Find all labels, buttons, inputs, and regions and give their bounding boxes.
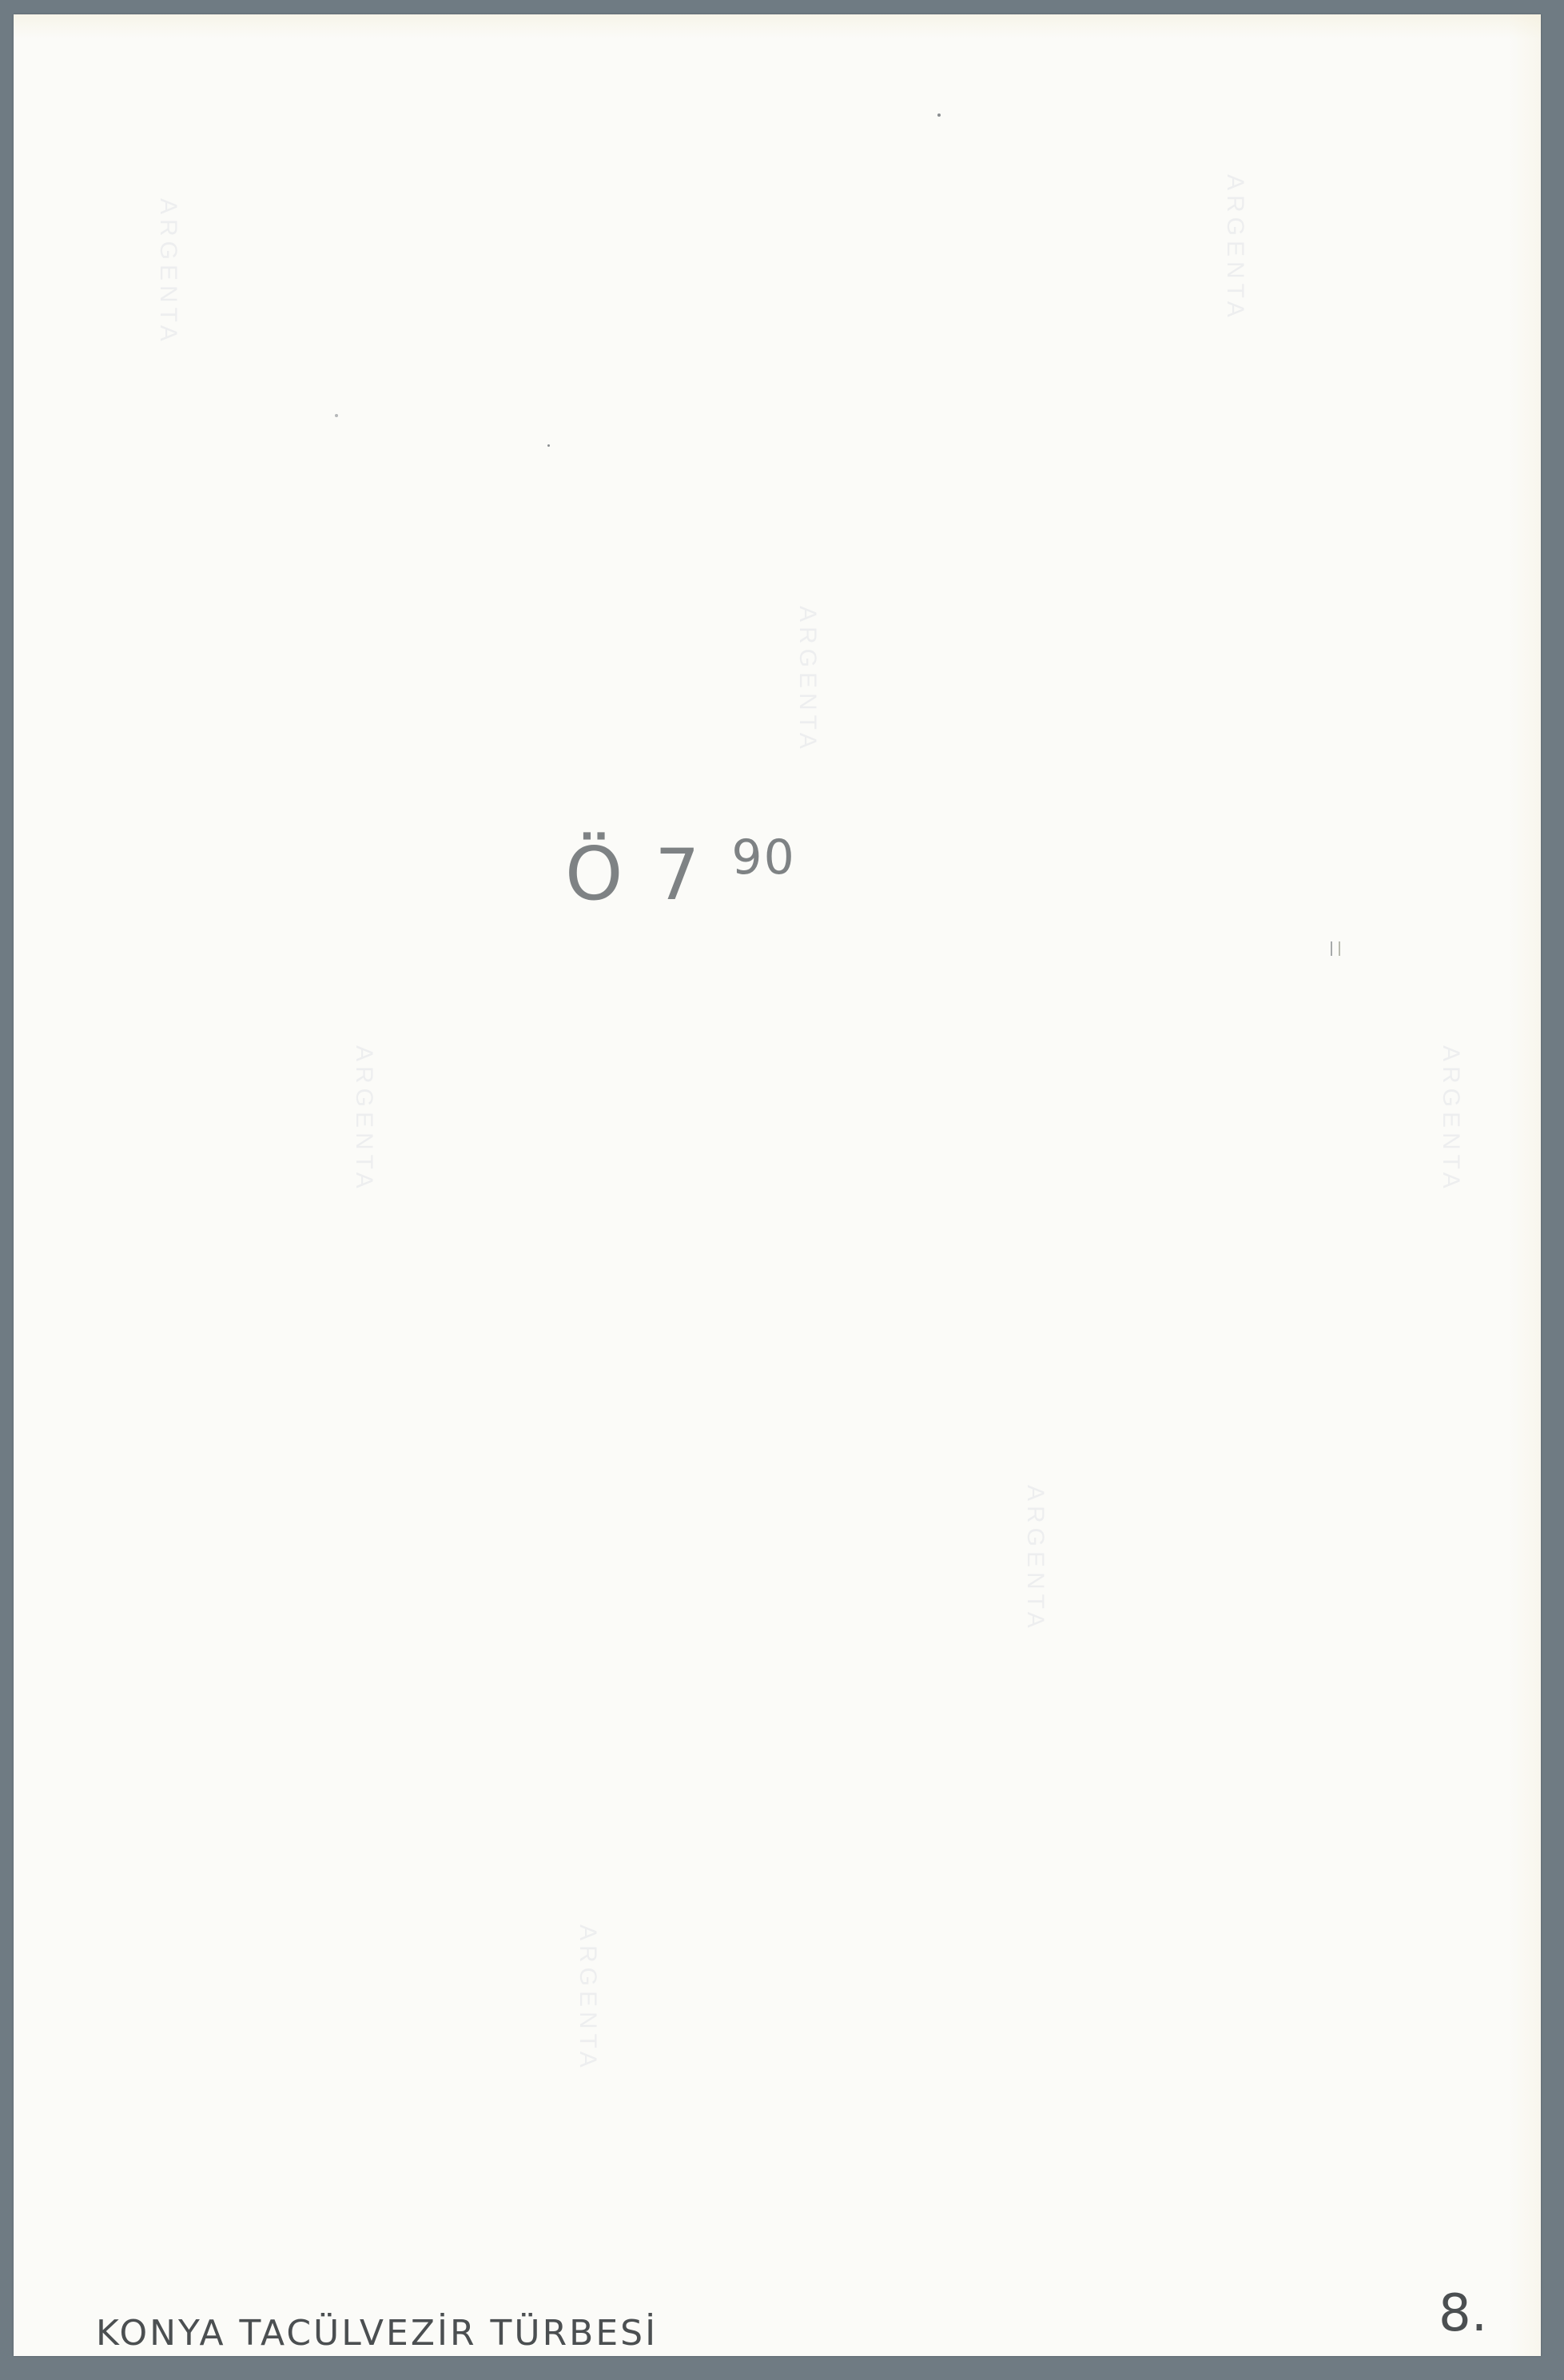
location-caption: KONYA TACÜLVEZİR TÜRBESİ (96, 2313, 658, 2354)
catalog-letter: Ö (565, 831, 655, 917)
watermark: ARGENTA (794, 606, 821, 754)
watermark: ARGENTA (350, 1045, 377, 1193)
catalog-number-superscript: 90 (731, 830, 795, 886)
pencil-dot (547, 444, 550, 447)
pencil-tick-mark (1331, 941, 1340, 956)
watermark: ARGENTA (1437, 1045, 1464, 1193)
pencil-dot (937, 113, 941, 117)
watermark: ARGENTA (1221, 174, 1248, 322)
catalog-code: Ö790 (565, 830, 796, 917)
photo-back-paper: ARGENTA ARGENTA ARGENTA ARGENTA ARGENTA … (14, 14, 1541, 2356)
watermark: ARGENTA (1021, 1485, 1049, 1633)
watermark: ARGENTA (574, 1924, 601, 2072)
watermark: ARGENTA (154, 198, 181, 346)
pencil-dot (335, 414, 338, 417)
page-number: 8. (1439, 2284, 1487, 2343)
catalog-number: 7 (655, 834, 731, 916)
